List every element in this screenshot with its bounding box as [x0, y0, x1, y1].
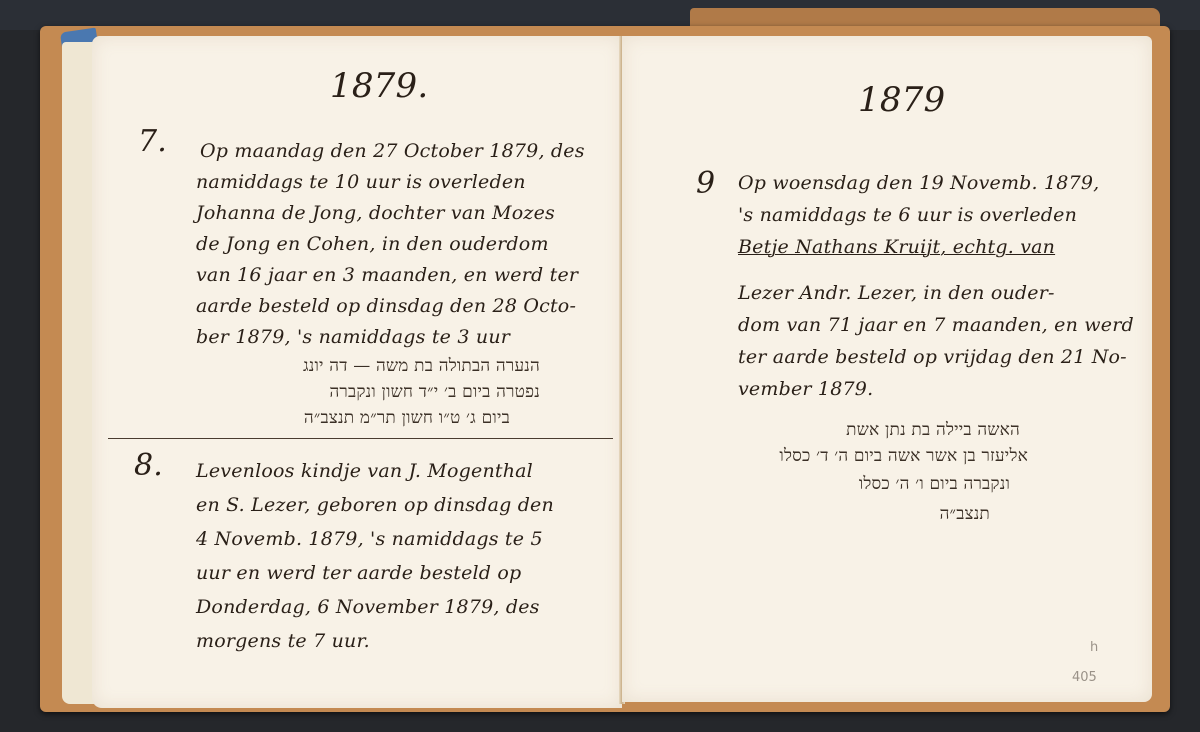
pencil-mark: h	[1090, 640, 1098, 655]
hebrew-inscription-line: ונקברה ביום ו׳ ה׳ כסלו	[690, 474, 1010, 494]
entry-number: 8.	[134, 448, 163, 483]
entry-line: Op woensdag den 19 Novemb. 1879,	[738, 172, 1099, 194]
entry-line: aarde besteld op dinsdag den 28 Octo-	[196, 295, 576, 317]
entry-line: ter aarde besteld op vrijdag den 21 No-	[738, 346, 1127, 368]
entry-line: ber 1879, 's namiddags te 3 uur	[196, 326, 510, 348]
entry-line: Levenloos kindje van J. Mogenthal	[196, 460, 533, 482]
entry-line: vember 1879.	[738, 378, 873, 400]
entry-line: Johanna de Jong, dochter van Mozes	[196, 202, 555, 224]
entry-line: namiddags te 10 uur is overleden	[196, 171, 526, 193]
left-page-year-header: 1879.	[330, 66, 428, 106]
right-page-year-header: 1879	[858, 80, 945, 120]
entry-line: 4 Novemb. 1879, 's namiddags te 5	[196, 528, 543, 550]
entry-line: van 16 jaar en 3 maanden, en werd ter	[196, 264, 578, 286]
entry-line: de Jong en Cohen, in den ouderdom	[196, 233, 549, 255]
entry-line: Op maandag den 27 October 1879, des	[200, 140, 585, 162]
entry-line: Lezer Andr. Lezer, in den ouder-	[738, 282, 1055, 304]
hebrew-inscription-line: תנצב״ה	[790, 504, 990, 524]
hebrew-inscription-line: הנערה הבתולה בת משה — דה יונג	[250, 356, 540, 376]
entry-divider-line	[108, 438, 613, 439]
entry-line: uur en werd ter aarde besteld op	[196, 562, 521, 584]
entry-line: morgens te 7 uur.	[196, 630, 370, 652]
entry-line: Betje Nathans Kruijt, echtg. van	[738, 236, 1055, 258]
entry-line: 's namiddags te 6 uur is overleden	[738, 204, 1077, 226]
hebrew-inscription-line: האשה ביילה בת נתן אשת	[720, 420, 1020, 440]
pencil-mark: 405	[1072, 670, 1097, 685]
right-page	[622, 36, 1152, 702]
entry-number: 7.	[138, 124, 167, 159]
entry-number: 9	[696, 166, 715, 201]
entry-line: en S. Lezer, geboren op dinsdag den	[196, 494, 554, 516]
entry-line: Donderdag, 6 November 1879, des	[196, 596, 540, 618]
hebrew-inscription-line: נפטרה ביום ב׳ י״ד חשון ונקברה	[200, 382, 540, 402]
hebrew-inscription-line: אליעזר בן אשר אשה ביום ה׳ ד׳ כסלו	[668, 446, 1028, 466]
hebrew-inscription-line: ביום ג׳ ט״ו חשון תר״מ תנצב״ה	[170, 408, 510, 428]
entry-line: dom van 71 jaar en 7 maanden, en werd	[738, 314, 1134, 336]
